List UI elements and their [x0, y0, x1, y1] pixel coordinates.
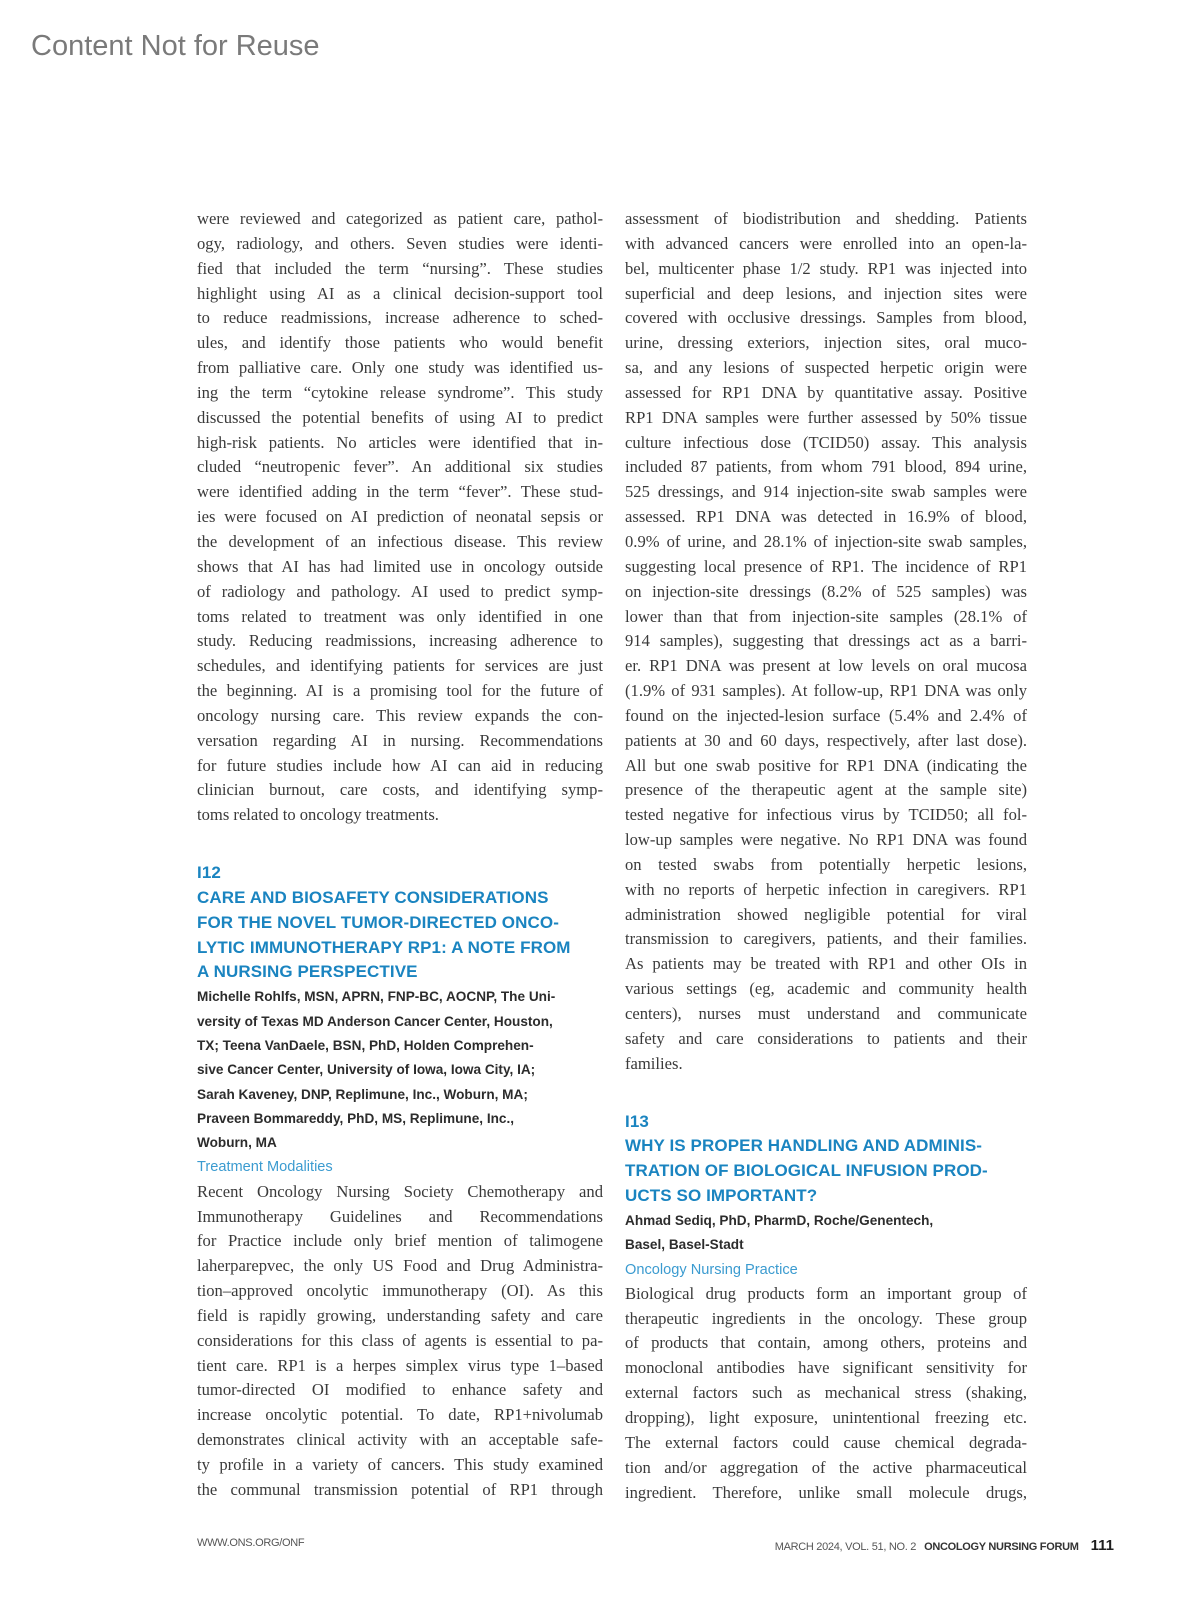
author-line: sive Cancer Center, University of Iowa, …: [197, 1058, 603, 1082]
body-text-line: with advanced cancers were enrolled into…: [625, 232, 1027, 257]
body-text-line: lower than that from injection-site samp…: [625, 605, 1027, 630]
title-line: LYTIC IMMUNOTHERAPY RP1: A NOTE FROM: [197, 936, 603, 961]
body-text-line: various settings (eg, academic and commu…: [625, 977, 1027, 1002]
body-text-line: shows that AI has had limited use in onc…: [197, 555, 603, 580]
left-column: were reviewed and categorized as patient…: [197, 207, 603, 1503]
body-text-line: tested negative for infectious virus by …: [625, 803, 1027, 828]
body-text-line: high-risk patients. No articles were ide…: [197, 431, 603, 456]
i12-body-continuation: assessment of biodistribution and sheddi…: [625, 207, 1027, 1077]
abstract-category: Oncology Nursing Practice: [625, 1258, 1027, 1282]
abstract-body: Recent Oncology Nursing Society Chemothe…: [197, 1180, 603, 1503]
body-text-line: All but one swab positive for RP1 DNA (i…: [625, 754, 1027, 779]
abstract-title: WHY IS PROPER HANDLING AND ADMINIS-TRATI…: [625, 1134, 1027, 1209]
body-text-line: Biological drug products form an importa…: [625, 1282, 1027, 1307]
body-text-line: 914 samples), suggesting that dressings …: [625, 629, 1027, 654]
body-text-line: low-up samples were negative. No RP1 DNA…: [625, 828, 1027, 853]
body-text-line: tion and/or aggregation of the active ph…: [625, 1456, 1027, 1481]
body-text-line: study. Reducing readmissions, increasing…: [197, 629, 603, 654]
abstract-body: Biological drug products form an importa…: [625, 1282, 1027, 1506]
body-text-line: discussed the potential benefits of usin…: [197, 406, 603, 431]
body-text-line: er. RP1 DNA was present at low levels on…: [625, 654, 1027, 679]
body-text-line: culture infectious dose (TCID50) assay. …: [625, 431, 1027, 456]
author-line: Praveen Bommareddy, PhD, MS, Replimune, …: [197, 1107, 603, 1131]
body-text-line: toms related to oncology treatments.: [197, 803, 603, 828]
body-text-line: the development of an infectious disease…: [197, 530, 603, 555]
body-text-line: fied that included the term “nursing”. T…: [197, 257, 603, 282]
body-text-line: for Practice include only brief mention …: [197, 1229, 603, 1254]
abstract-i13: I13 WHY IS PROPER HANDLING AND ADMINIS-T…: [625, 1110, 1027, 1506]
body-text-line: assessment of biodistribution and sheddi…: [625, 207, 1027, 232]
title-line: WHY IS PROPER HANDLING AND ADMINIS-: [625, 1134, 1027, 1159]
body-text-line: therapeutic ingredients in the oncology.…: [625, 1307, 1027, 1332]
author-line: Woburn, MA: [197, 1131, 603, 1155]
body-text-line: cluded “neutropenic fever”. An additiona…: [197, 455, 603, 480]
title-line: CARE AND BIOSAFETY CONSIDERATIONS: [197, 886, 603, 911]
title-line: UCTS SO IMPORTANT?: [625, 1184, 1027, 1209]
body-text-line: considerations for this class of agents …: [197, 1329, 603, 1354]
footer-right: MARCH 2024, VOL. 51, NO. 2 ONCOLOGY NURS…: [775, 1537, 1114, 1554]
author-line: Sarah Kaveney, DNP, Replimune, Inc., Wob…: [197, 1083, 603, 1107]
body-text-line: suggesting local presence of RP1. The in…: [625, 555, 1027, 580]
body-text-line: tion–approved oncolytic immunotherapy (O…: [197, 1279, 603, 1304]
body-text-line: on injection-site dressings (8.2% of 525…: [625, 580, 1027, 605]
page-number: 111: [1091, 1537, 1114, 1554]
footer-journal-name: ONCOLOGY NURSING FORUM: [924, 1541, 1079, 1553]
body-text-line: laherparepvec, the only US Food and Drug…: [197, 1254, 603, 1279]
body-text-line: ty profile in a variety of cancers. This…: [197, 1453, 603, 1478]
body-text-line: sa, and any lesions of suspected herpeti…: [625, 356, 1027, 381]
body-text-line: to reduce readmissions, increase adheren…: [197, 306, 603, 331]
title-line: A NURSING PERSPECTIVE: [197, 960, 603, 985]
body-text-line: tient care. RP1 is a herpes simplex viru…: [197, 1354, 603, 1379]
body-text-line: were identified adding in the term “feve…: [197, 480, 603, 505]
body-text-line: assessed. RP1 DNA was detected in 16.9% …: [625, 505, 1027, 530]
body-text-line: of products that contain, among others, …: [625, 1331, 1027, 1356]
body-text-line: ing the term “cytokine release syndrome”…: [197, 381, 603, 406]
body-text-line: tumor-directed OI modified to enhance sa…: [197, 1378, 603, 1403]
abstract-number: I13: [625, 1110, 1027, 1135]
author-line: versity of Texas MD Anderson Cancer Cent…: [197, 1010, 603, 1034]
body-text-line: (1.9% of 931 samples). At follow-up, RP1…: [625, 679, 1027, 704]
author-line: TX; Teena VanDaele, BSN, PhD, Holden Com…: [197, 1034, 603, 1058]
body-text-line: were reviewed and categorized as patient…: [197, 207, 603, 232]
body-text-line: with no reports of herpetic infection in…: [625, 878, 1027, 903]
body-text-line: administration showed negligible potenti…: [625, 903, 1027, 928]
body-text-line: increase oncolytic potential. To date, R…: [197, 1403, 603, 1428]
body-text-line: As patients may be treated with RP1 and …: [625, 952, 1027, 977]
body-text-line: assessed for RP1 DNA by quantitative ass…: [625, 381, 1027, 406]
abstract-category: Treatment Modalities: [197, 1155, 603, 1179]
body-text-line: oncology nursing care. This review expan…: [197, 704, 603, 729]
body-text-line: bel, multicenter phase 1/2 study. RP1 wa…: [625, 257, 1027, 282]
section-gap: [197, 828, 603, 861]
body-text-line: dropping), light exposure, unintentional…: [625, 1406, 1027, 1431]
body-text-line: versation regarding AI in nursing. Recom…: [197, 729, 603, 754]
body-text-line: Immunotherapy Guidelines and Recommendat…: [197, 1205, 603, 1230]
footer-issue: MARCH 2024, VOL. 51, NO. 2: [775, 1541, 916, 1553]
body-text-line: RP1 DNA samples were further assessed by…: [625, 406, 1027, 431]
abstract-authors: Ahmad Sediq, PhD, PharmD, Roche/Genentec…: [625, 1209, 1027, 1258]
author-line: Ahmad Sediq, PhD, PharmD, Roche/Genentec…: [625, 1209, 1027, 1233]
title-line: TRATION OF BIOLOGICAL INFUSION PROD-: [625, 1159, 1027, 1184]
author-line: Basel, Basel-Stadt: [625, 1233, 1027, 1257]
body-text-line: patients at 30 and 60 days, respectively…: [625, 729, 1027, 754]
body-text-line: external factors such as mechanical stre…: [625, 1381, 1027, 1406]
body-text-line: ingredient. Therefore, unlike small mole…: [625, 1481, 1027, 1506]
abstract-i12: I12 CARE AND BIOSAFETY CONSIDERATIONSFOR…: [197, 861, 603, 1503]
body-text-line: The external factors could cause chemica…: [625, 1431, 1027, 1456]
watermark: Content Not for Reuse: [31, 30, 320, 63]
body-text-line: toms related to treatment was only ident…: [197, 605, 603, 630]
body-text-line: field is rapidly growing, understanding …: [197, 1304, 603, 1329]
right-column: assessment of biodistribution and sheddi…: [625, 207, 1027, 1505]
body-text-line: ies were focused on AI prediction of neo…: [197, 505, 603, 530]
body-text-line: schedules, and identifying patients for …: [197, 654, 603, 679]
footer-url: WWW.ONS.ORG/ONF: [197, 1537, 304, 1549]
title-line: FOR THE NOVEL TUMOR-DIRECTED ONCO-: [197, 911, 603, 936]
body-text-line: from palliative care. Only one study was…: [197, 356, 603, 381]
body-text-line: demonstrates clinical activity with an a…: [197, 1428, 603, 1453]
abstract-title: CARE AND BIOSAFETY CONSIDERATIONSFOR THE…: [197, 886, 603, 985]
abstract-authors: Michelle Rohlfs, MSN, APRN, FNP-BC, AOCN…: [197, 985, 603, 1155]
body-text-line: covered with occlusive dressings. Sample…: [625, 306, 1027, 331]
previous-abstract-continuation: were reviewed and categorized as patient…: [197, 207, 603, 828]
body-text-line: transmission to caregivers, patients, an…: [625, 927, 1027, 952]
body-text-line: 525 dressings, and 914 injection-site sw…: [625, 480, 1027, 505]
body-text-line: the communal transmission potential of R…: [197, 1478, 603, 1503]
body-text-line: presence of the therapeutic agent at the…: [625, 778, 1027, 803]
body-text-line: ogy, radiology, and others. Seven studie…: [197, 232, 603, 257]
body-text-line: Recent Oncology Nursing Society Chemothe…: [197, 1180, 603, 1205]
body-text-line: ules, and identify those patients who wo…: [197, 331, 603, 356]
body-text-line: the beginning. AI is a promising tool fo…: [197, 679, 603, 704]
body-text-line: of radiology and pathology. AI used to p…: [197, 580, 603, 605]
author-line: Michelle Rohlfs, MSN, APRN, FNP-BC, AOCN…: [197, 985, 603, 1009]
body-text-line: families.: [625, 1052, 1027, 1077]
section-gap: [625, 1077, 1027, 1110]
abstract-number: I12: [197, 861, 603, 886]
body-text-line: urine, dressing exteriors, injection sit…: [625, 331, 1027, 356]
body-text-line: safety and care considerations to patien…: [625, 1027, 1027, 1052]
body-text-line: monoclonal antibodies have significant s…: [625, 1356, 1027, 1381]
body-text-line: found on the injected-lesion surface (5.…: [625, 704, 1027, 729]
body-text-line: included 87 patients, from whom 791 bloo…: [625, 455, 1027, 480]
body-text-line: on tested swabs from potentially herpeti…: [625, 853, 1027, 878]
body-text-line: clinician burnout, care costs, and ident…: [197, 778, 603, 803]
body-text-line: highlight using AI as a clinical decisio…: [197, 282, 603, 307]
body-text-line: 0.9% of urine, and 28.1% of injection-si…: [625, 530, 1027, 555]
body-text-line: superficial and deep lesions, and inject…: [625, 282, 1027, 307]
body-text-line: for future studies include how AI can ai…: [197, 754, 603, 779]
body-text-line: centers), nurses must understand and com…: [625, 1002, 1027, 1027]
